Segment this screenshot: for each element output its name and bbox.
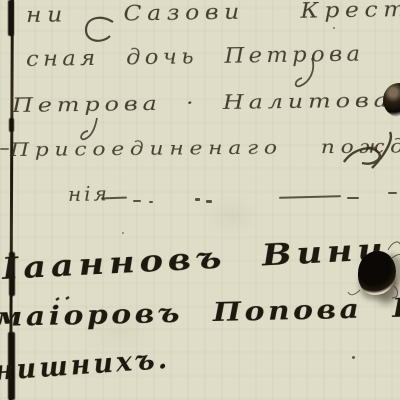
dash-mark: [388, 192, 397, 194]
handwritten-line-6: Іаанновъ Вини: [1, 232, 389, 287]
handwritten-line-1: ни Сазови Крести: [26, 0, 400, 27]
handwritten-line-8: нишнихъ.: [0, 344, 171, 387]
dash-mark: [149, 201, 153, 203]
dash-mark: [347, 197, 359, 199]
large-ink-blot: [358, 251, 396, 295]
ink-speck: [0, 148, 9, 150]
ink-speck: [352, 356, 355, 359]
dash-mark: [101, 197, 127, 200]
handwritten-line-4: Присоединенаго пожд: [10, 135, 400, 161]
dash-mark: [206, 200, 212, 203]
dash-mark: [195, 198, 200, 201]
ink-speck: [333, 27, 335, 29]
dash-mark: [133, 200, 141, 202]
margin-ink-blob: [9, 118, 14, 132]
handwritten-line-2: сная дочь Петрова: [26, 42, 365, 71]
manuscript-page: ни Сазови Крести сная дочь Петрова Петро…: [0, 0, 400, 400]
handwritten-line-5: нія: [68, 181, 110, 206]
dash-mark: [279, 195, 341, 199]
handwritten-line-7: маіоровъ Попова Пон: [0, 292, 400, 333]
handwritten-line-3: Петрова · Налитова: [12, 87, 393, 117]
margin-ink-blob: [8, 0, 14, 36]
ink-speck: [122, 232, 124, 234]
